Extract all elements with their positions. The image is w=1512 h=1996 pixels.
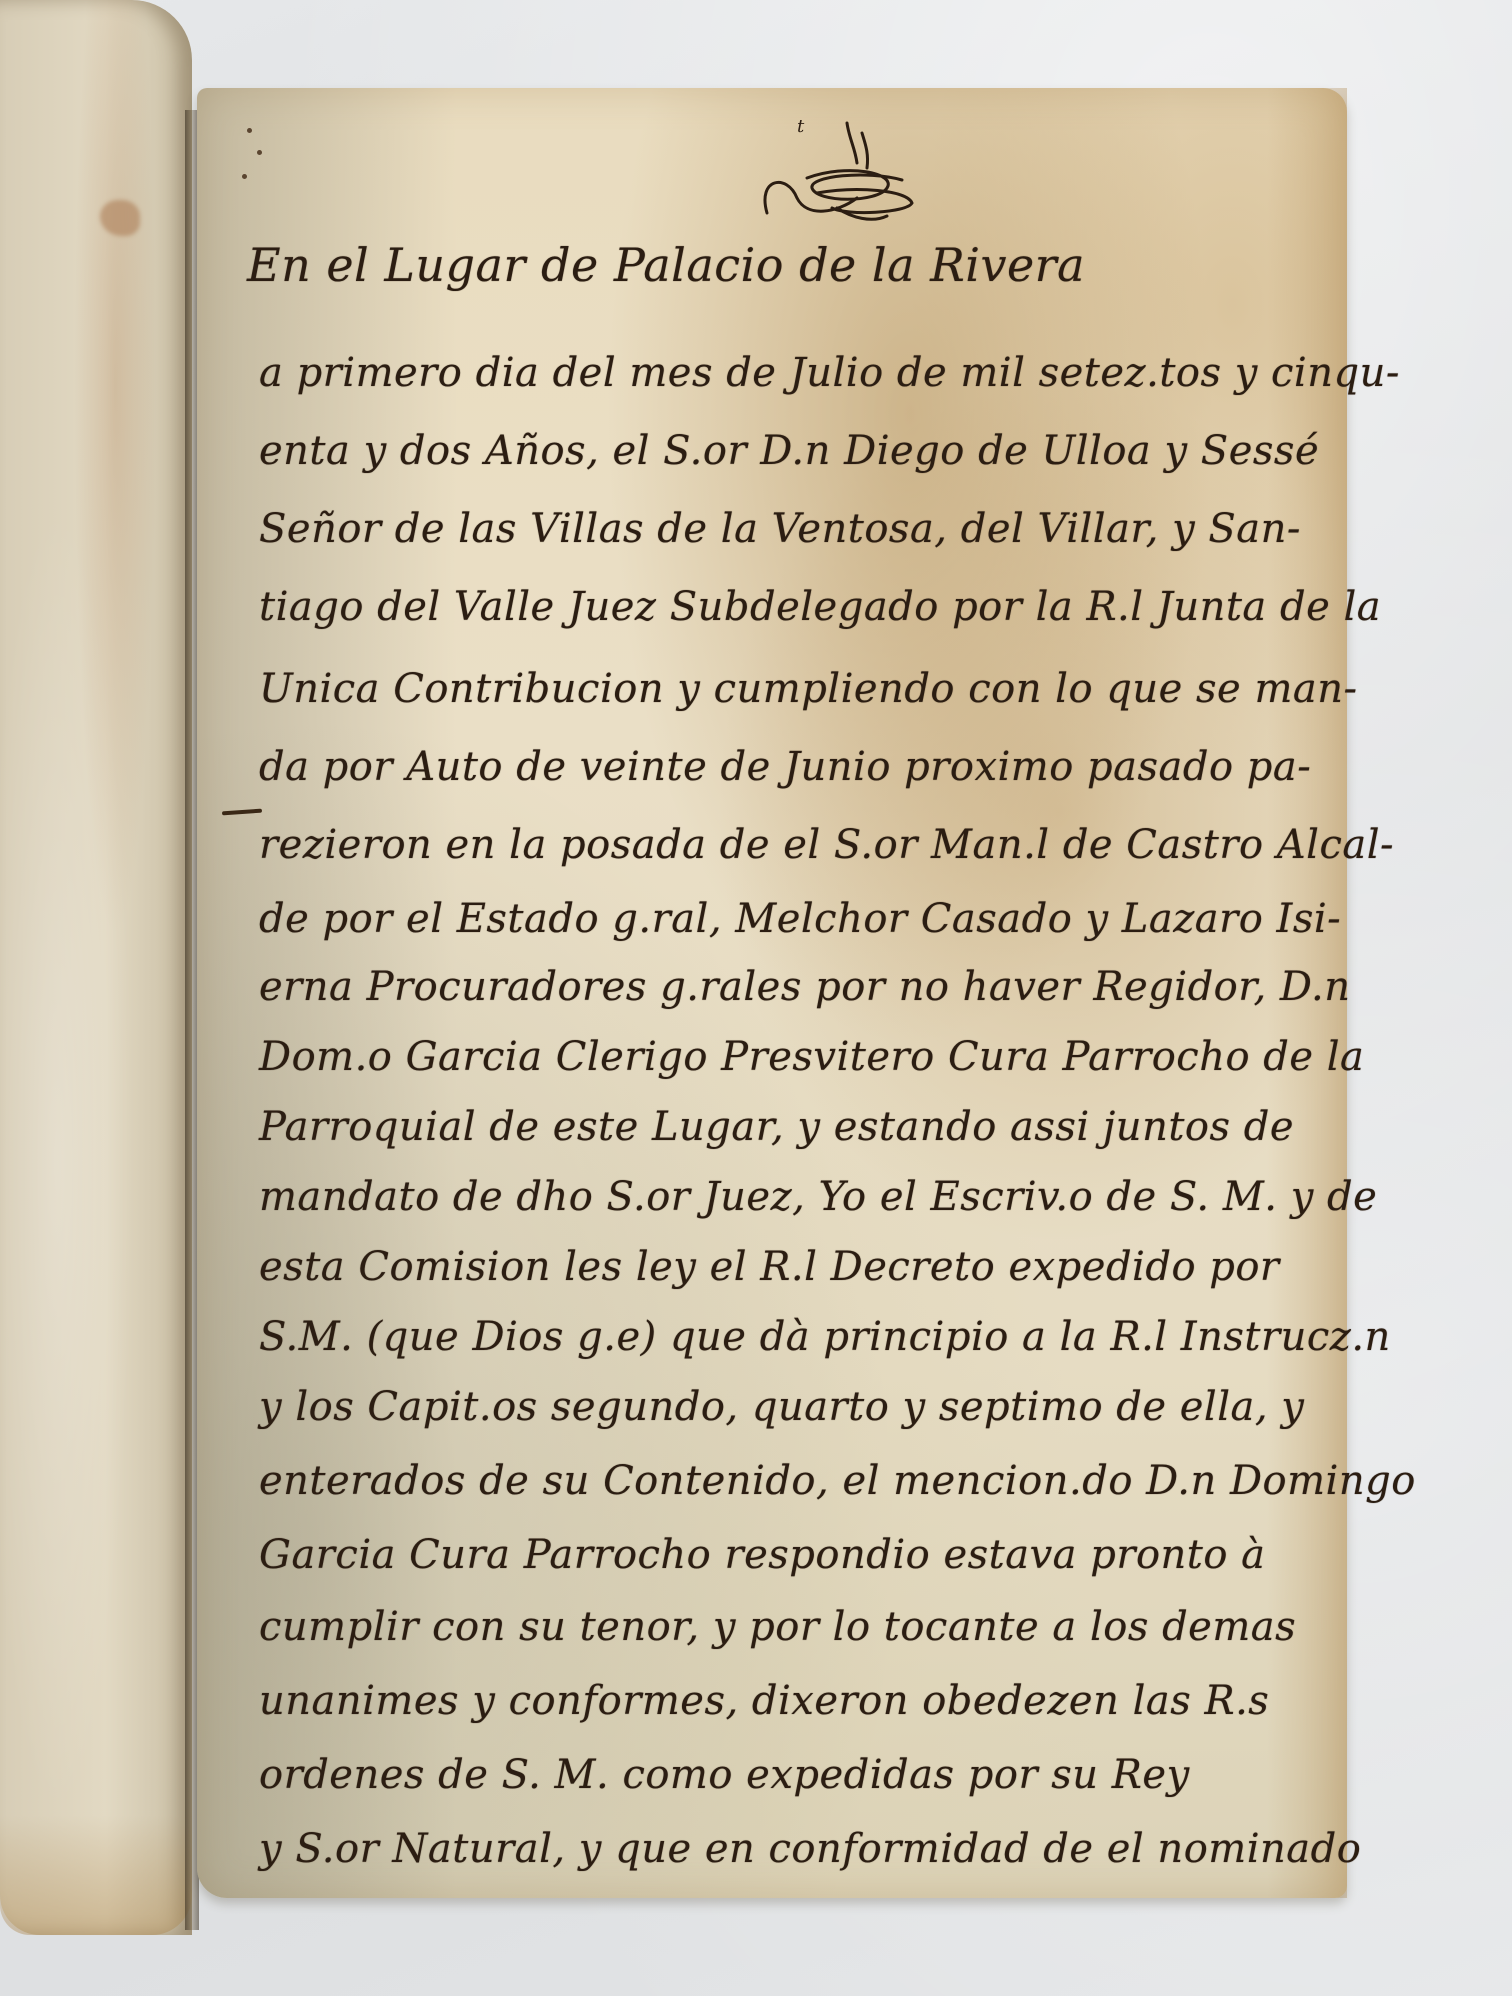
line-text: Señor de las Villas de la Ventosa, del V…: [259, 506, 1301, 552]
text-line-15: S.M. (que Dios g.e) que dà principio a l…: [259, 1314, 1391, 1360]
line-text: erna Procuradores g.rales por no haver R…: [259, 964, 1351, 1010]
line-text: Garcia Cura Parrocho respondio estava pr…: [259, 1532, 1266, 1578]
text-line-19: cumplir con su tenor, y por lo tocante a…: [259, 1604, 1296, 1650]
text-line-9: de por el Estado g.ral, Melchor Casado y…: [259, 896, 1341, 942]
line-text: y los Capit.os segundo, quarto y septimo…: [259, 1384, 1304, 1430]
text-line-8: rezieron en la posada de el S.or Man.l d…: [259, 822, 1394, 868]
rubric-flourish-icon: t: [737, 118, 937, 228]
line-text: S.M. (que Dios g.e) que dà principio a l…: [259, 1314, 1391, 1360]
line-text: ordenes de S. M. como expedidas por su R…: [259, 1752, 1190, 1798]
line-text: Unica Contribucion y cumpliendo con lo q…: [259, 666, 1358, 712]
text-line-20: unanimes y conformes, dixeron obedezen l…: [259, 1678, 1269, 1724]
text-line-10: erna Procuradores g.rales por no haver R…: [259, 964, 1351, 1010]
line-text: mandato de dho S.or Juez, Yo el Escriv.o…: [259, 1174, 1377, 1220]
line-text: tiago del Valle Juez Subdelegado por la …: [259, 584, 1381, 630]
ink-dot: [257, 150, 262, 155]
text-line-12: Parroquial de este Lugar, y estando assi…: [259, 1104, 1294, 1150]
line-text: En el Lugar de Palacio de la Rivera: [247, 238, 1085, 292]
text-line-18: Garcia Cura Parrocho respondio estava pr…: [259, 1532, 1266, 1578]
manuscript-page: t En el Lugar de Palacio de la Rivera a …: [197, 88, 1347, 1898]
ink-dot: [242, 174, 247, 179]
facing-page: [0, 0, 192, 1935]
text-line-5: tiago del Valle Juez Subdelegado por la …: [259, 584, 1381, 630]
text-line-17: enterados de su Contenido, el mencion.do…: [259, 1458, 1416, 1504]
line-text: cumplir con su tenor, y por lo tocante a…: [259, 1604, 1296, 1650]
line-text: esta Comision les ley el R.l Decreto exp…: [259, 1244, 1280, 1290]
text-line-16: y los Capit.os segundo, quarto y septimo…: [259, 1384, 1304, 1430]
line-text: unanimes y conformes, dixeron obedezen l…: [259, 1678, 1269, 1724]
svg-text:t: t: [797, 118, 805, 137]
text-line-6: Unica Contribucion y cumpliendo con lo q…: [259, 666, 1358, 712]
line-text: da por Auto de veinte de Junio proximo p…: [259, 744, 1311, 790]
line-text: Parroquial de este Lugar, y estando assi…: [259, 1104, 1294, 1150]
line-text: de por el Estado g.ral, Melchor Casado y…: [259, 896, 1341, 942]
text-line-11: Dom.o Garcia Clerigo Presvitero Cura Par…: [259, 1034, 1364, 1080]
text-line-22: y S.or Natural, y que en conformidad de …: [259, 1826, 1361, 1872]
line-text: y S.or Natural, y que en conformidad de …: [259, 1826, 1361, 1872]
ink-stain: [100, 200, 140, 236]
page-edge-wear: [0, 1815, 192, 1935]
line-text: Dom.o Garcia Clerigo Presvitero Cura Par…: [259, 1034, 1364, 1080]
text-line-21: ordenes de S. M. como expedidas por su R…: [259, 1752, 1190, 1798]
text-line-7: da por Auto de veinte de Junio proximo p…: [259, 744, 1311, 790]
ink-dot: [247, 128, 252, 133]
text-line-2: a primero dia del mes de Julio de mil se…: [259, 350, 1400, 396]
text-line-13: mandato de dho S.or Juez, Yo el Escriv.o…: [259, 1174, 1377, 1220]
text-line-3: enta y dos Años, el S.or D.n Diego de Ul…: [259, 428, 1319, 474]
line-text: rezieron en la posada de el S.or Man.l d…: [259, 822, 1394, 868]
line-text: a primero dia del mes de Julio de mil se…: [259, 350, 1400, 396]
text-line-4: Señor de las Villas de la Ventosa, del V…: [259, 506, 1301, 552]
text-line-14: esta Comision les ley el R.l Decreto exp…: [259, 1244, 1280, 1290]
text-line-1: En el Lugar de Palacio de la Rivera: [247, 238, 1085, 292]
line-text: enterados de su Contenido, el mencion.do…: [259, 1458, 1416, 1504]
line-text: enta y dos Años, el S.or D.n Diego de Ul…: [259, 428, 1319, 474]
